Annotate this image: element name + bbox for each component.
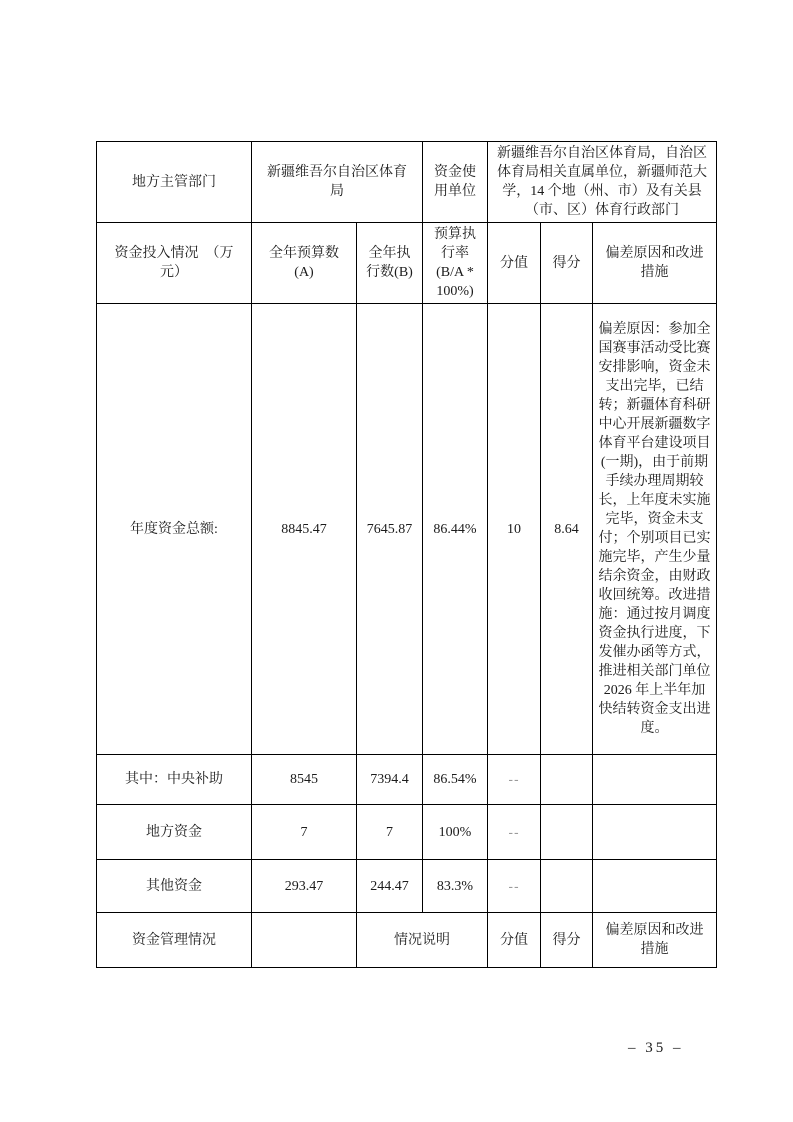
page-number: – 35 – <box>628 1040 684 1057</box>
score-label: 得分 <box>541 913 593 968</box>
dept-label-cell: 地方主管部门 <box>97 142 252 223</box>
column-investment: 资金投入情况 （万 元） <box>97 223 252 304</box>
execution-value: 244.47 <box>357 860 423 913</box>
budget-performance-table: 地方主管部门 新疆维吾尔自治区体育 局 资金使 用单位 新疆维吾尔自治区体育局，… <box>96 141 717 968</box>
deviation-label: 偏差原因和改进 措施 <box>593 913 717 968</box>
row-label: 年度资金总额: <box>97 304 252 755</box>
dept-value-cell: 新疆维吾尔自治区体育 局 <box>252 142 423 223</box>
deviation-text <box>593 755 717 805</box>
score-value: 8.64 <box>541 304 593 755</box>
budget-value: 8545 <box>252 755 357 805</box>
fund-user-value-cell: 新疆维吾尔自治区体育局，自治区体育局相关直属单位，新疆师范大学，14 个地（州、… <box>488 142 717 223</box>
fund-management-label: 资金管理情况 <box>97 913 252 968</box>
column-deviation: 偏差原因和改进 措施 <box>593 223 717 304</box>
header-row-departments: 地方主管部门 新疆维吾尔自治区体育 局 资金使 用单位 新疆维吾尔自治区体育局，… <box>97 142 717 223</box>
score-max-label: 分值 <box>488 913 541 968</box>
score-value <box>541 755 593 805</box>
execution-value: 7394.4 <box>357 755 423 805</box>
execution-value: 7645.87 <box>357 304 423 755</box>
situation-note-label: 情况说明 <box>357 913 488 968</box>
column-rate: 预算执 行率 (B/A * 100%) <box>423 223 488 304</box>
document-page: 地方主管部门 新疆维吾尔自治区体育 局 资金使 用单位 新疆维吾尔自治区体育局，… <box>0 0 793 1122</box>
deviation-text <box>593 860 717 913</box>
score-max-value: -- <box>488 755 541 805</box>
execution-value: 7 <box>357 805 423 860</box>
column-score: 得分 <box>541 223 593 304</box>
fund-user-label-cell: 资金使 用单位 <box>423 142 488 223</box>
column-execution: 全年执 行数(B) <box>357 223 423 304</box>
table-row-other-funds: 其他资金 293.47 244.47 83.3% -- <box>97 860 717 913</box>
score-max-value: -- <box>488 805 541 860</box>
table-row-annual-total: 年度资金总额: 8845.47 7645.87 86.44% 10 8.64 偏… <box>97 304 717 755</box>
budget-value: 8845.47 <box>252 304 357 755</box>
score-max-value: -- <box>488 860 541 913</box>
table-row-fund-management: 资金管理情况 情况说明 分值 得分 偏差原因和改进 措施 <box>97 913 717 968</box>
budget-value: 7 <box>252 805 357 860</box>
row-label: 其他资金 <box>97 860 252 913</box>
header-row-columns: 资金投入情况 （万 元） 全年预算数 (A) 全年执 行数(B) 预算执 行率 … <box>97 223 717 304</box>
budget-value: 293.47 <box>252 860 357 913</box>
rate-value: 100% <box>423 805 488 860</box>
table-row-local-funds: 地方资金 7 7 100% -- <box>97 805 717 860</box>
table-row-central-subsidy: 其中：中央补助 8545 7394.4 86.54% -- <box>97 755 717 805</box>
score-value <box>541 860 593 913</box>
row-label: 地方资金 <box>97 805 252 860</box>
deviation-text <box>593 805 717 860</box>
deviation-text: 偏差原因：参加全国赛事活动受比赛安排影响，资金未支出完毕，已结转；新疆体育科研中… <box>593 304 717 755</box>
rate-value: 86.44% <box>423 304 488 755</box>
row-label: 其中：中央补助 <box>97 755 252 805</box>
column-budget: 全年预算数 (A) <box>252 223 357 304</box>
score-max-value: 10 <box>488 304 541 755</box>
score-value <box>541 805 593 860</box>
column-score-max: 分值 <box>488 223 541 304</box>
rate-value: 86.54% <box>423 755 488 805</box>
rate-value: 83.3% <box>423 860 488 913</box>
empty-cell <box>252 913 357 968</box>
